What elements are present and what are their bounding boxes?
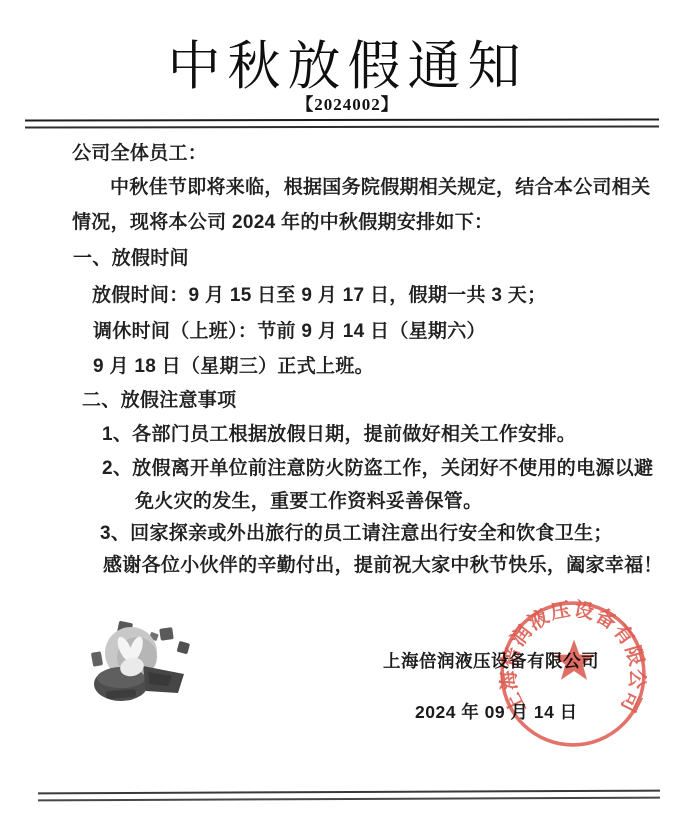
section-2-line: 3、回家探亲或外出旅行的员工请注意出行安全和饮食卫生； xyxy=(100,518,613,545)
section-2-line: 感谢各位小伙伴的辛勤付出，提前祝大家中秋节快乐，阖家幸福！ xyxy=(103,550,663,577)
section-2-line: 免火灾的发生，重要工作资料妥善保管。 xyxy=(135,486,482,513)
salutation: 公司全体员工： xyxy=(72,138,207,165)
doc-number: 【2024002】 xyxy=(0,90,695,115)
section-1-line: 放假时间：9 月 15 日至 9 月 17 日，假期一共 3 天； xyxy=(92,280,546,307)
intro-line: 情况，现将本公司 2024 年的中秋假期安排如下： xyxy=(72,207,493,234)
section-2-line: 2、放假离开单位前注意防火防盗工作，关闭好不使用的电源以避 xyxy=(102,453,653,480)
footer-double-rule xyxy=(38,790,660,802)
section-2-heading: 二、放假注意事项 xyxy=(82,385,236,412)
notice-document: 中秋放假通知 【2024002】 公司全体员工： 中秋佳节即将来临，根据国务院假… xyxy=(0,0,695,832)
section-1-line: 9 月 18 日（星期三）正式上班。 xyxy=(93,351,374,378)
notice-title: 中秋放假通知 xyxy=(0,24,695,100)
star-icon xyxy=(553,640,595,680)
scanned-photo-artifact xyxy=(88,620,192,712)
section-1-heading: 一、放假时间 xyxy=(73,243,189,270)
intro-line: 中秋佳节即将来临，根据国务院假期相关规定，结合本公司相关 xyxy=(110,172,650,199)
section-1-line: 调休时间（上班）：节前 9 月 14 日（星期六） xyxy=(93,316,486,343)
header-double-rule xyxy=(25,118,659,128)
company-seal-stamp: 上海倍润液压设备有限公司 xyxy=(497,598,649,750)
section-2-line: 1、各部门员工根据放假日期，提前做好相关工作安排。 xyxy=(102,419,576,446)
